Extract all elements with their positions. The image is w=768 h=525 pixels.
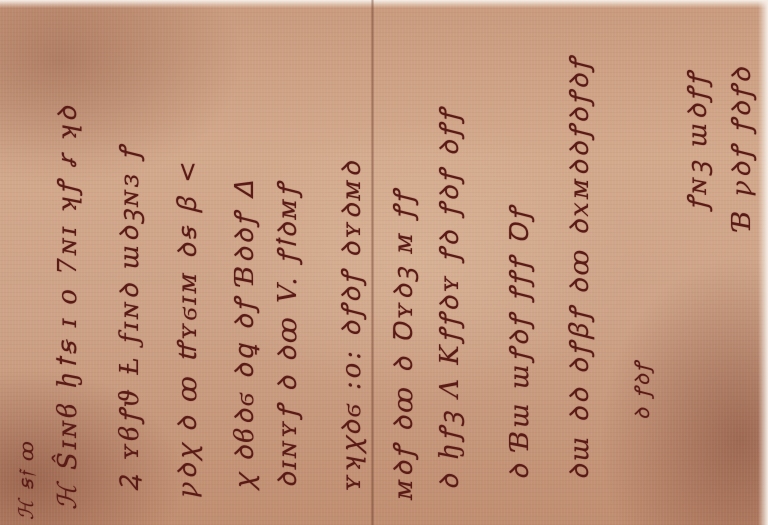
manuscript-line: Ɓ ꝩꝺꝭ ꝭꝺꝭꝺ [722,65,758,230]
manuscript-line: Ꝝ ʏϐꝭϑ Ƚ ƒɪɴꝺ ɯꝺꝫɴɜ ꝭ [110,144,146,492]
manuscript-line: ℋ ꞩ𝔣 ꝏ [14,439,38,520]
manuscript-line: ꝺɪɴʏꝭ ꝺ ꝺꝏ V. ꝭꝉꝺᴍꝭ [268,181,304,488]
manuscript-line: ᴍꝺꝭ ꝺꝏ ꝺ Ꝺʏꝺꝫ ᴍ ꝭꝭ [384,188,420,500]
manuscript-photo: ℋ ꞩ𝔣 ꝏ ℋ Ŝɪɴϐ ꜧꝉꞩ ɪ ᴏ 7ɴɪ ʞꝭ ꭉ ʞꝺ Ꝝ ʏϐꝭϑ… [0,0,768,525]
manuscript-line: ʏʞꭓꝺϭ :ο: ꝺꝭꝺꝭ ꝺʏꝺᴍꝺ [332,159,368,492]
manuscript-line: ꝭɴꝫ ɯꝺꝭꝭ [678,70,714,210]
paper-edge-right [758,0,768,525]
manuscript-line: ꝺ ꝭꝺꝭ [628,361,655,420]
manuscript-line: ꝺ ꜧꝭꝫ Ʌ Kꝭꝭꝺʏ ꝭꝺ ꝭꝺꝭ ꝺꝭꝭ [430,107,466,490]
manuscript-line: ℋ Ŝɪɴϐ ꜧꝉꞩ ɪ ᴏ 7ɴɪ ʞꝭ ꭉ ʞꝺ [48,103,84,510]
manuscript-line: ꝺɯ ꝺꝺ ꝺꝭꞵꝭ ꝺꝏ ꝺxᴍꝺꝺꝭꝺꝭꝺꝭ [560,56,596,480]
manuscript-line: ꝺ Ɓɯ ɯꝭꝺꝭ ꝭꝭꝭ Ꝺꝭ [500,205,536,480]
paper-fold-line [371,0,374,525]
paper-edge-top [0,0,768,8]
manuscript-line: ꭓ ꝺϐꝺϭ ꝺꝗ ꝺꝭ Ɓꝺꝺꝭ ᐃ [225,178,261,490]
manuscript-line: ꝩꝺꭓ ꝺ ꝏ ꝷʏϭɪᴍ ꝺꞩ ꞵ < [168,158,204,498]
